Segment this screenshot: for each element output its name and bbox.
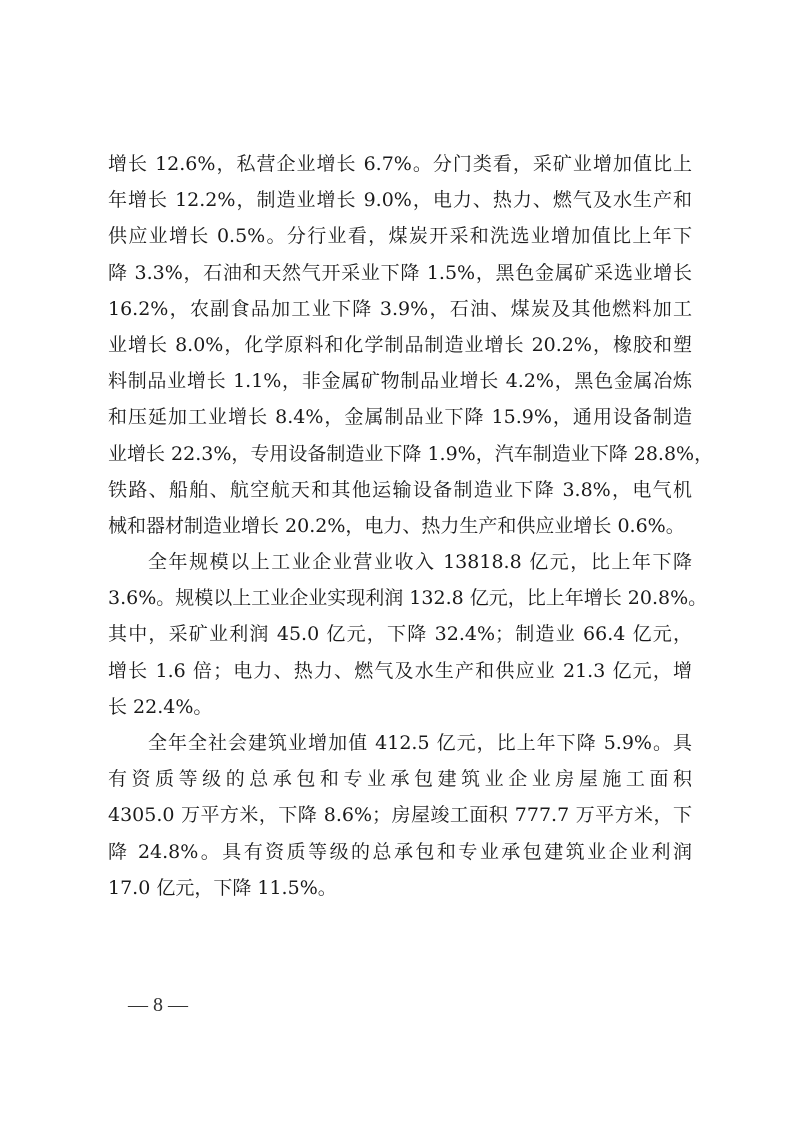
text-line: 和压延加工业增长 8.4%，金属制品业下降 15.9%，通用设备制造 [108,399,692,435]
text-line: 有资质等级的总承包和专业承包建筑业企业房屋施工面积 [108,761,692,797]
text-line: 年增长 12.2%，制造业增长 9.0%，电力、热力、燃气及水生产和 [108,182,692,218]
text-line: 料制品业增长 1.1%，非金属矿物制品业增长 4.2%，黑色金属冶炼 [108,363,692,399]
paragraph-construction: 全年全社会建筑业增加值 412.5 亿元，比上年下降 5.9%。具 有资质等级的… [108,725,692,906]
text-line: 增长 12.6%，私营企业增长 6.7%。分门类看，采矿业增加值比上 [108,146,692,182]
text-line: 业增长 8.0%，化学原料和化学制品制造业增长 20.2%，橡胶和塑 [108,327,692,363]
text-line: 3.6%。规模以上工业企业实现利润 132.8 亿元，比上年增长 20.8%。 [108,580,692,616]
paragraph-industrial-revenue-profit: 全年规模以上工业企业营业收入 13818.8 亿元，比上年下降 3.6%。规模以… [108,544,692,725]
text-line: 全年规模以上工业企业营业收入 13818.8 亿元，比上年下降 [108,544,692,580]
text-line: 增长 1.6 倍；电力、热力、燃气及水生产和供应业 21.3 亿元，增 [108,653,692,689]
text-line: 16.2%，农副食品加工业下降 3.9%，石油、煤炭及其他燃料加工 [108,291,692,327]
text-line: 4305.0 万平方米，下降 8.6%；房屋竣工面积 777.7 万平方米，下 [108,797,692,833]
text-line: 降 3.3%，石油和天然气开采业下降 1.5%，黑色金属矿采选业增长 [108,255,692,291]
text-line: 其中，采矿业利润 45.0 亿元，下降 32.4%；制造业 66.4 亿元， [108,616,692,652]
text-line: 长 22.4%。 [108,689,692,725]
text-line: 供应业增长 0.5%。分行业看，煤炭开采和洗选业增加值比上年下 [108,218,692,254]
text-line: 械和器材制造业增长 20.2%，电力、热力生产和供应业增长 0.6%。 [108,508,692,544]
document-page: 增长 12.6%，私营企业增长 6.7%。分门类看，采矿业增加值比上 年增长 1… [0,0,794,1123]
text-line: 铁路、船舶、航空航天和其他运输设备制造业下降 3.8%，电气机 [108,472,692,508]
text-line: 全年全社会建筑业增加值 412.5 亿元，比上年下降 5.9%。具 [108,725,692,761]
text-line: 业增长 22.3%，专用设备制造业下降 1.9%，汽车制造业下降 28.8%， [108,436,692,472]
page-number: — 8 — [128,994,188,1017]
body-text: 增长 12.6%，私营企业增长 6.7%。分门类看，采矿业增加值比上 年增长 1… [108,146,692,906]
paragraph-industry-sectors: 增长 12.6%，私营企业增长 6.7%。分门类看，采矿业增加值比上 年增长 1… [108,146,692,544]
text-line: 降 24.8%。具有资质等级的总承包和专业承包建筑业企业利润 [108,834,692,870]
text-line: 17.0 亿元，下降 11.5%。 [108,870,692,906]
